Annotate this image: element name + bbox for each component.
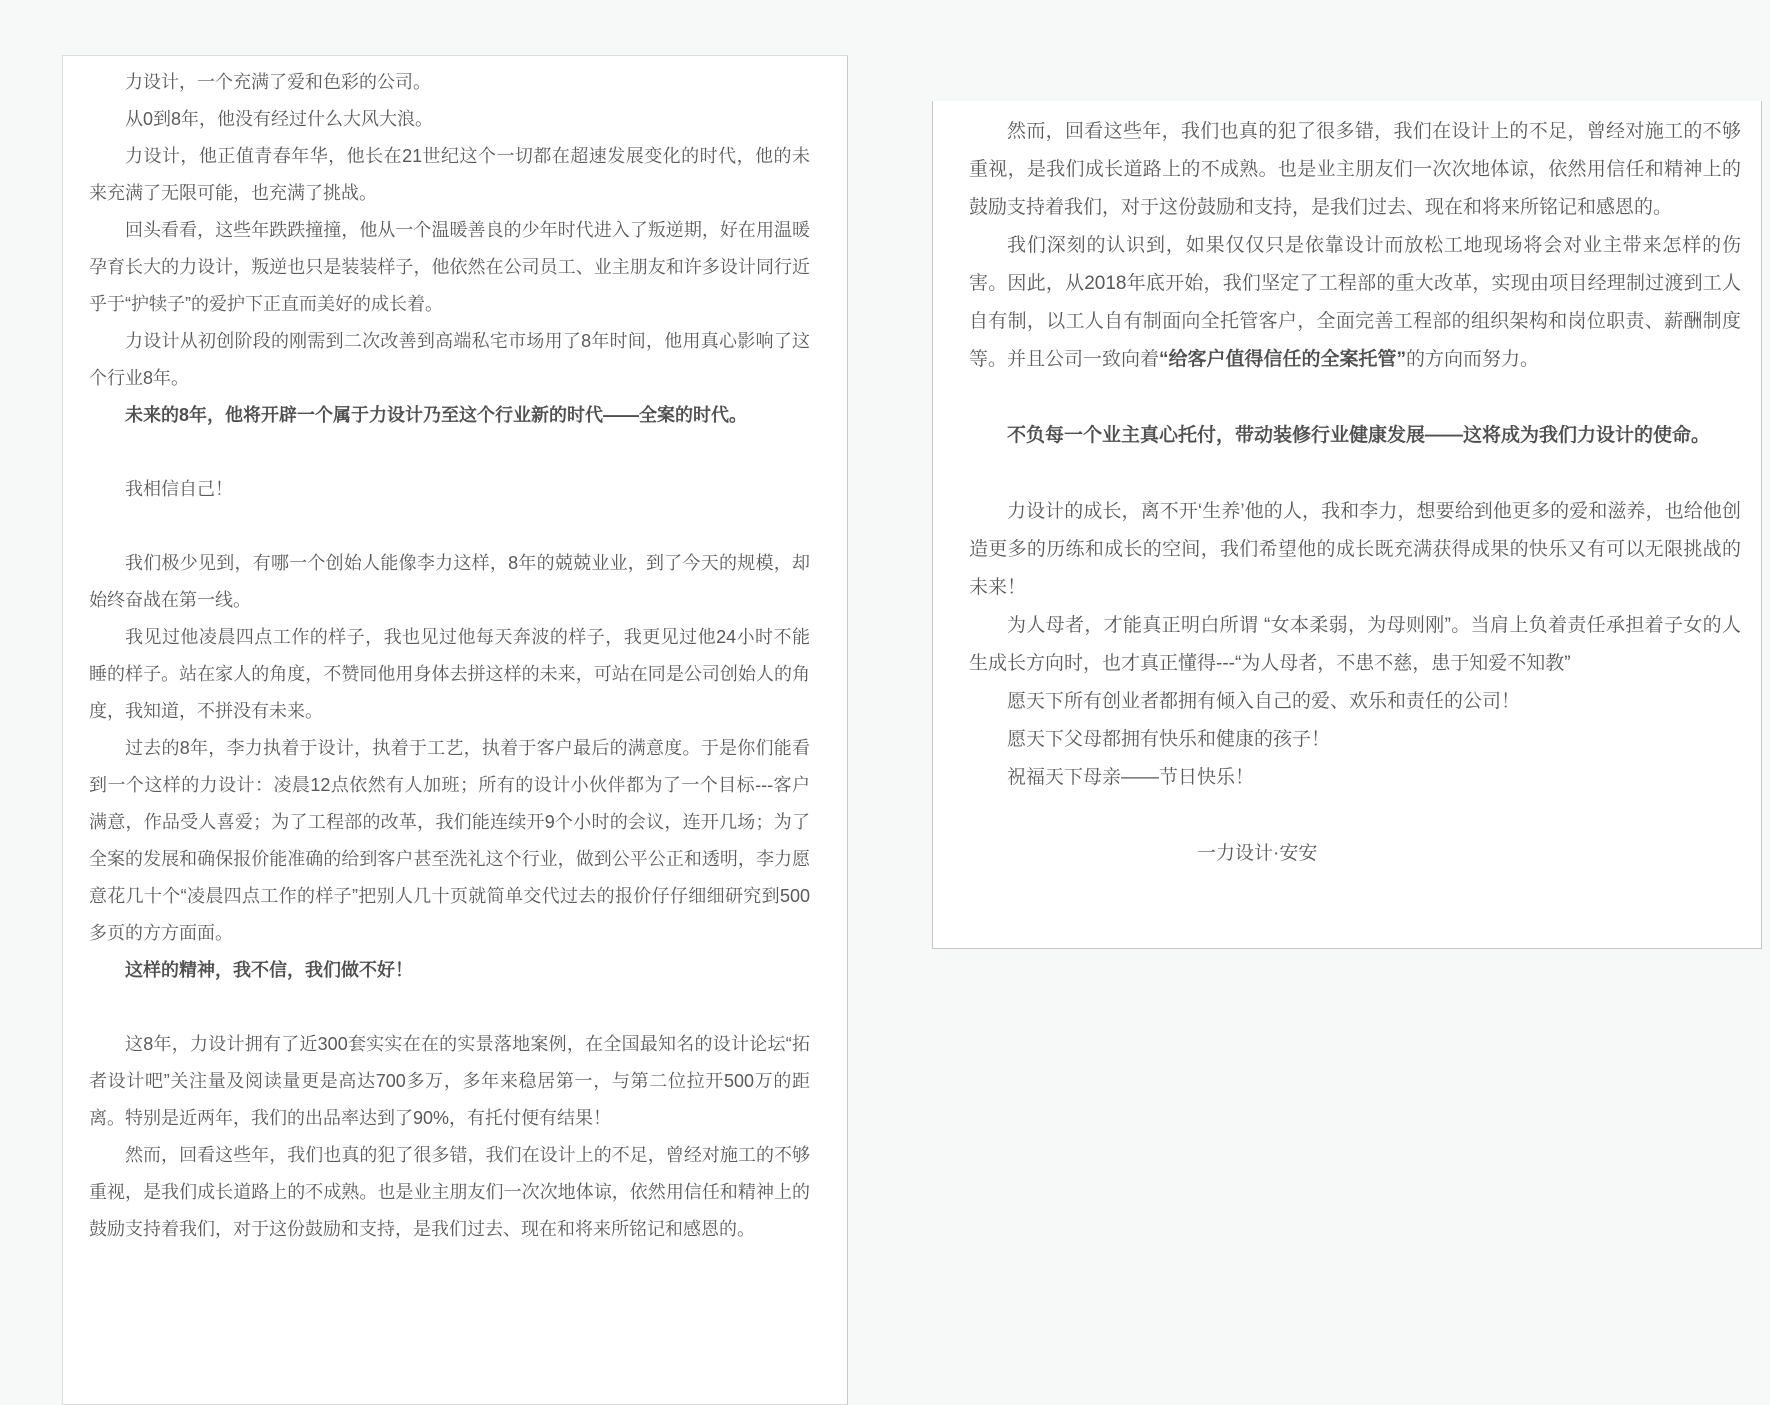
paragraph: 然而，回看这些年，我们也真的犯了很多错，我们在设计上的不足，曾经对施工的不够重视… <box>89 1137 810 1193</box>
blank-line <box>89 989 810 1026</box>
document-page-right: 然而，回看这些年，我们也真的犯了很多错，我们在设计上的不足，曾经对施工的不够重视… <box>932 101 1762 949</box>
paragraph: 回头看看，这些年跌跌撞撞，他从一个温暖善良的少年时代进入了叛逆期，好在用温暖孕育… <box>89 212 810 323</box>
paragraph: 为人母者，才能真正明白所谓 “女本柔弱，为母则刚”。当肩上负着责任承担着子女的人… <box>969 607 1741 683</box>
blank-line <box>969 797 1741 835</box>
paragraph-segment: 的方向而努力。 <box>1406 349 1539 370</box>
paragraph-bold: 不负每一个业主真心托付，带动装修行业健康发展——这将成为我们力设计的使命。 <box>969 417 1741 455</box>
paragraph: 力设计的成长，离不开‘生养’他的人，我和李力，想要给到他更多的爱和滋养，也给他创… <box>969 493 1741 607</box>
paragraph-segment-bold: “给客户值得信任的全案托管” <box>1159 349 1406 370</box>
paragraph: 愿天下父母都拥有快乐和健康的孩子！ <box>969 721 1741 759</box>
paragraph: 过去的8年，李力执着于设计，执着于工艺，执着于客户最后的满意度。于是你们能看到一… <box>89 730 810 952</box>
paragraph-bold: 未来的8年，他将开辟一个属于力设计乃至这个行业新的时代——全案的时代。 <box>89 397 810 434</box>
paragraph: 然而，回看这些年，我们也真的犯了很多错，我们在设计上的不足，曾经对施工的不够重视… <box>969 113 1741 227</box>
blank-line <box>89 434 810 471</box>
paragraph: 这8年，力设计拥有了近300套实实在在的实景落地案例，在全国最知名的设计论坛“拓… <box>89 1026 810 1137</box>
paragraph: 祝福天下母亲——节日快乐！ <box>969 759 1741 797</box>
blank-line <box>969 455 1741 493</box>
paragraph: 从0到8年，他没有经过什么大风大浪。 <box>89 101 810 138</box>
paragraph: 我们深刻的认识到，如果仅仅只是依靠设计而放松工地现场将会对业主带来怎样的伤害。因… <box>969 227 1741 379</box>
blank-line <box>89 508 810 545</box>
paragraph: 力设计从初创阶段的刚需到二次改善到高端私宅市场用了8年时间，他用真心影响了这个行… <box>89 323 810 397</box>
paragraph-bold: 这样的精神，我不信，我们做不好！ <box>89 952 810 989</box>
blank-line <box>969 379 1741 417</box>
document-page-left: 力设计，一个充满了爱和色彩的公司。 从0到8年，他没有经过什么大风大浪。 力设计… <box>62 55 848 1193</box>
paragraph: 我相信自己！ <box>89 471 810 508</box>
paragraph: 我们极少见到，有哪一个创始人能像李力这样，8年的兢兢业业，到了今天的规模，却始终… <box>89 545 810 619</box>
paragraph: 力设计，一个充满了爱和色彩的公司。 <box>89 64 810 101</box>
paragraph: 我见过他凌晨四点工作的样子，我也见过他每天奔波的样子，我更见过他24小时不能睡的… <box>89 619 810 730</box>
paragraph: 愿天下所有创业者都拥有倾入自己的爱、欢乐和责任的公司！ <box>969 683 1741 721</box>
document-viewer: { "style": { "background_color": "#f7f8f… <box>0 0 1770 1193</box>
paragraph: 力设计，他正值青春年华，他长在21世纪这个一切都在超速发展变化的时代，他的未来充… <box>89 138 810 212</box>
signature: 一力设计·安安 <box>969 835 1741 873</box>
